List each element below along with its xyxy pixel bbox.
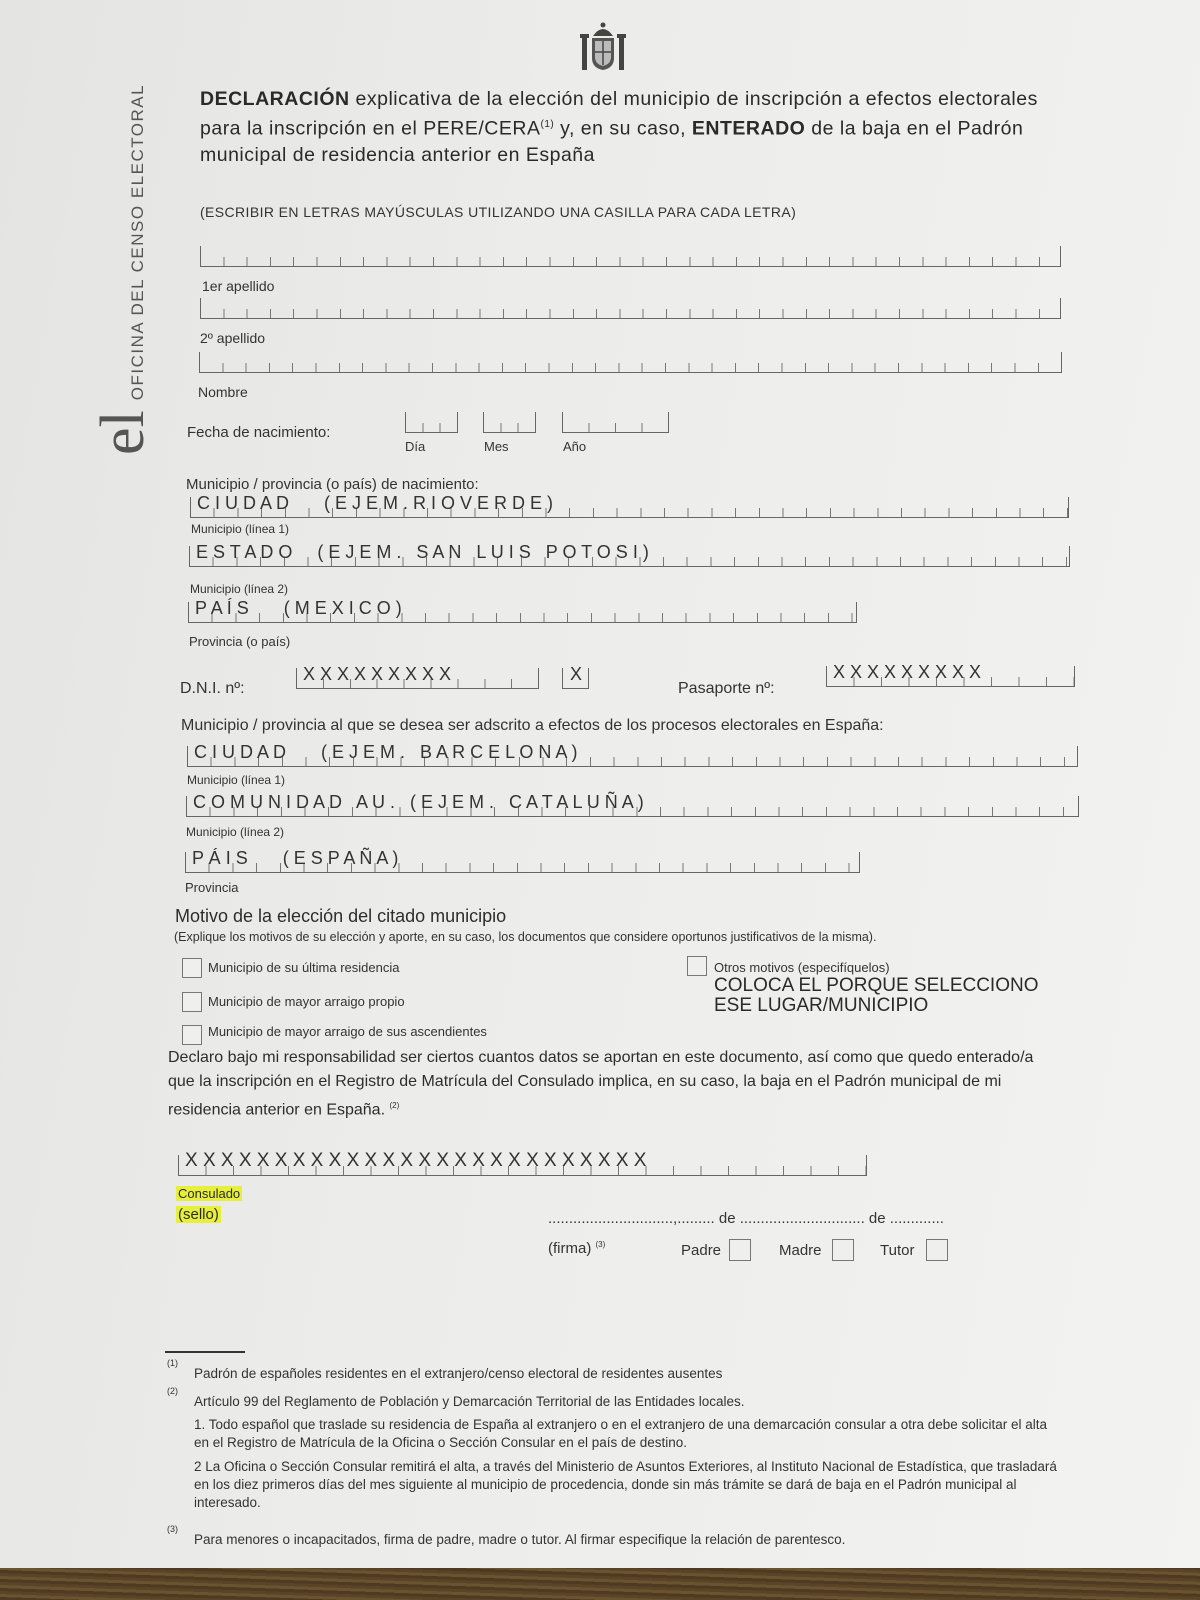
footnote-2-text: Artículo 99 del Reglamento de Población … [194,1394,745,1409]
birthdate-label: Fecha de nacimiento: [187,424,330,441]
oce-logo: el [92,410,154,455]
title-footnote-ref: (1) [540,119,554,130]
reason-checkbox-ancestors-roots[interactable] [182,1025,202,1045]
electoral-line2-label: Municipio (línea 2) [186,825,284,839]
footnote-divider [165,1351,245,1353]
electoral-line1-label: Municipio (línea 1) [187,773,285,787]
dni-label: D.N.I. nº: [180,680,245,698]
month-label: Mes [484,439,509,454]
dni-field[interactable]: X X X X X X X X X [296,668,539,689]
passport-label: Pasaporte nº: [678,680,775,698]
electoral-line3-label: Provincia [185,880,238,895]
birth-year-field[interactable] [562,412,669,433]
reason-heading: Motivo de la elección del citado municip… [175,906,506,927]
electoral-line1-field[interactable]: C I U D A D ( E J E M . B A R C E L O N … [187,746,1078,767]
reason-other-text-line1: COLOCA EL PORQUE SELECCIONO [714,976,1039,996]
title-bold-declaracion: DECLARACIÓN [200,88,350,110]
footnote-1-mark: (1) [167,1358,178,1368]
footnote-3-text: Para menores o incapacitados, firma de p… [194,1532,845,1547]
reason-other-text[interactable]: COLOCA EL PORQUE SELECCIONO ESE LUGAR/MU… [714,976,1039,1016]
birth-day-field[interactable] [405,412,458,433]
title-bold-enterado: ENTERADO [692,118,805,140]
declaration-text: Declaro bajo mi responsabilidad ser cier… [168,1046,1048,1122]
dni-letter-field[interactable]: X [562,668,589,689]
reason-checkbox-last-residence[interactable] [182,958,202,978]
date-line[interactable]: ..............................,.........… [548,1210,944,1227]
electoral-line3-field[interactable]: P Á I S ( E S P A Ñ A ) [185,852,860,873]
form-paper: el OFICINA DEL CENSO ELECTORAL DECLARACI… [0,0,1200,1582]
father-checkbox[interactable] [729,1239,751,1261]
birthplace-line2-field[interactable]: E S T A D O ( E J E M . S A N L U I S P … [189,546,1070,567]
reason-option-own-roots: Municipio de mayor arraigo propio [208,994,405,1009]
reason-checkbox-own-roots[interactable] [182,992,202,1012]
birthplace-line1-field[interactable]: C I U D A D ( E J E M . R I O V E R D E … [190,497,1069,518]
birthplace-heading: Municipio / provincia (o país) de nacimi… [186,476,479,493]
reason-option-last-residence: Municipio de su última residencia [208,960,399,975]
tutor-checkbox[interactable] [926,1239,948,1261]
reason-subheading: (Explique los motivos de su elección y a… [174,930,876,944]
declaration-footnote-ref: (2) [389,1101,399,1110]
tutor-label: Tutor [880,1242,914,1259]
footnote-3-mark: (3) [167,1524,178,1534]
name-label: Nombre [198,384,248,400]
reason-option-other: Otros motivos (especifíquelos) [714,960,890,975]
birthplace-line2-label: Municipio (línea 2) [190,582,288,596]
electoral-heading: Municipio / provincia al que se desea se… [181,717,884,735]
form-title: DECLARACIÓN explicativa de la elección d… [200,86,1060,168]
birthplace-line3-field[interactable]: P A Í S ( M E X I C O ) [188,602,857,623]
birthplace-line3-label: Provincia (o país) [189,634,290,649]
stamp-label: (sello) [176,1206,221,1223]
mother-checkbox[interactable] [832,1239,854,1261]
footnote-1-text: Padrón de españoles residentes en el ext… [194,1366,722,1381]
signature-label: (firma) (3) [548,1240,605,1257]
reason-other-text-line2: ESE LUGAR/MUNICIPIO [714,996,1039,1016]
passport-field[interactable]: X X X X X X X X X [826,666,1075,687]
surname1-label: 1er apellido [202,278,274,294]
sidebar-brand: el OFICINA DEL CENSO ELECTORAL [92,84,154,455]
reason-option-ancestors-roots: Municipio de mayor arraigo de sus ascend… [208,1024,487,1039]
surname2-label: 2º apellido [200,330,265,346]
electoral-line2-field[interactable]: C O M U N I D A D A U . ( E J E M . C A … [186,796,1079,817]
day-label: Día [405,439,425,454]
surname1-field[interactable] [200,246,1061,267]
consulate-label: Consulado [176,1186,242,1201]
birth-month-field[interactable] [483,412,536,433]
form-instruction: (ESCRIBIR EN LETRAS MAYÚSCULAS UTILIZAND… [200,204,796,220]
year-label: Año [563,439,586,454]
name-field[interactable] [199,352,1062,373]
footnote-2-item-1: 1. Todo español que traslade su residenc… [194,1416,1064,1452]
title-text-2: y, en su caso, [554,118,692,140]
table-surface [0,1568,1200,1600]
surname2-field[interactable] [200,298,1061,319]
footnote-2-mark: (2) [167,1386,178,1396]
org-name: OFICINA DEL CENSO ELECTORAL [128,84,148,400]
spain-coat-of-arms-icon [578,22,628,74]
reason-checkbox-other[interactable] [687,956,707,976]
birthplace-line1-label: Municipio (línea 1) [191,522,289,536]
father-label: Padre [681,1242,721,1259]
consulate-field[interactable]: X X X X X X X X X X X X X X X X X X X X … [178,1155,867,1176]
mother-label: Madre [779,1242,822,1259]
footnote-2-item-2: 2 La Oficina o Sección Consular remitirá… [194,1458,1064,1512]
